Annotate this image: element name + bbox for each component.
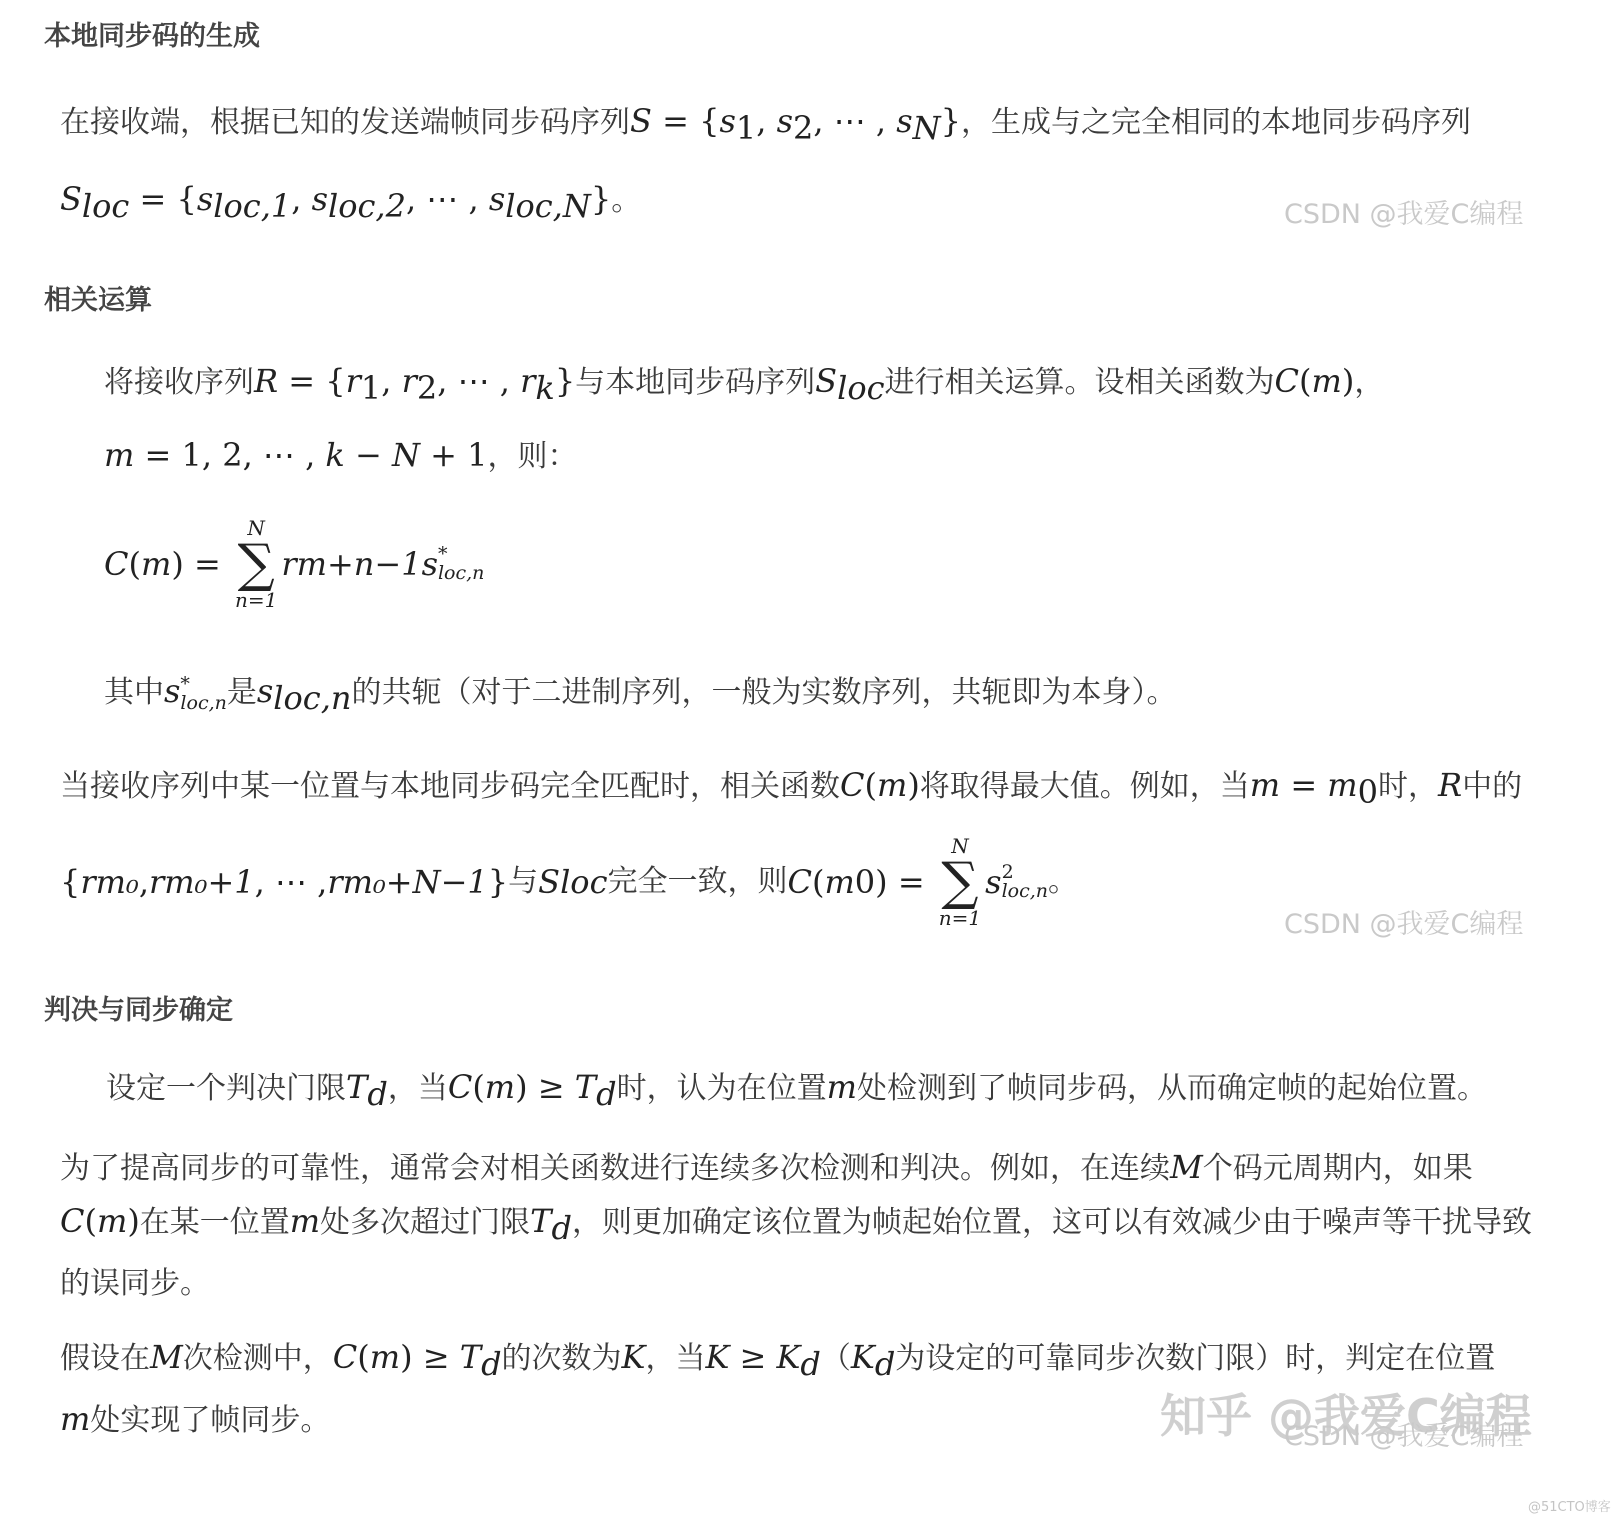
paragraph-correlation-line1: 将接收序列R = {r1, r2, ⋯ , rk}与本地同步码序列Sloc进行相… [104, 362, 1384, 407]
paragraph-threshold: 设定一个判决门限Td，当C(m) ≥ Td时，认为在位置m处检测到了帧同步码，从… [106, 1068, 1487, 1113]
paragraph-local-sync-line1: 在接收端，根据已知的发送端帧同步码序列S = {s1, s2, ⋯ , sN}，… [60, 102, 1471, 147]
text: ， [1354, 365, 1384, 400]
text: 在某一位置 [140, 1205, 290, 1240]
text: 假设在 [60, 1341, 150, 1376]
text: ，则更加确定该位置为帧起始位置，这可以有效减少由于噪声等干扰导致 [572, 1205, 1532, 1240]
text: 设定一个判决门限 [106, 1071, 346, 1106]
summation-symbol: N ∑ n=1 [939, 836, 981, 928]
paragraph-sync-decision-line1: 假设在M次检测中，C(m) ≥ Td的次数为K，当K ≥ Kd（Kd为设定的可靠… [60, 1338, 1495, 1383]
summation-symbol: N ∑ n=1 [235, 518, 277, 610]
text: 中的 [1462, 769, 1522, 804]
text: 完全一致，则 [607, 864, 787, 900]
text: 个码元周期内，如果 [1203, 1151, 1473, 1186]
text: 为了提高同步的可靠性，通常会对相关函数进行连续多次检测和判决。例如，在连续 [60, 1151, 1170, 1186]
text: 其中 [104, 675, 164, 710]
paragraph-reliability-line1: 为了提高同步的可靠性，通常会对相关函数进行连续多次检测和判决。例如，在连续M个码… [60, 1148, 1473, 1187]
paragraph-correlation-line2: m = 1, 2, ⋯ , k − N + 1，则： [104, 436, 577, 475]
text: ，则： [487, 439, 577, 474]
text: 时， [1378, 769, 1438, 804]
watermark-csdn: CSDN @我爱C编程 [1284, 902, 1523, 941]
text: 时，认为在位置 [617, 1071, 827, 1106]
text: 的共轭（对于二进制序列，一般为实数序列，共轭即为本身）。 [351, 675, 1176, 710]
text: 。 [611, 183, 641, 218]
watermark-csdn: CSDN @我爱C编程 [1284, 1414, 1523, 1453]
paragraph-max-match-line2: {rm₀, rm₀+1, ⋯ , rm₀+N−1}与Sloc完全一致，则C(m0… [60, 836, 1078, 928]
text: 的误同步。 [60, 1266, 210, 1301]
text: 将接收序列 [104, 365, 254, 400]
paragraph-max-match-line1: 当接收序列中某一位置与本地同步码完全匹配时，相关函数C(m)将取得最大值。例如，… [60, 766, 1522, 811]
paragraph-local-sync-line2: Sloc = {sloc,1, sloc,2, ⋯ , sloc,N}。 [60, 180, 641, 225]
text: 进行相关运算。设相关函数为 [885, 365, 1275, 400]
text: 是 [227, 675, 257, 710]
text: ，生成与之完全相同的本地同步码序列 [961, 105, 1471, 140]
paragraph-conjugate-note: 其中s*loc,n是sloc,n的共轭（对于二进制序列，一般为实数序列，共轭即为… [104, 672, 1176, 717]
text: ，当 [388, 1071, 448, 1106]
text: 与本地同步码序列 [575, 365, 815, 400]
text: 在接收端，根据已知的发送端帧同步码序列 [60, 105, 630, 140]
text: 为设定的可靠同步次数门限）时，判定在位置 [895, 1341, 1495, 1376]
paragraph-reliability-line3: 的误同步。 [60, 1266, 210, 1302]
text: 处检测到了帧同步码，从而确定帧的起始位置。 [857, 1071, 1487, 1106]
watermark-csdn: CSDN @我爱C编程 [1284, 192, 1523, 231]
math-inline: S [630, 102, 652, 140]
text: 处多次超过门限 [320, 1205, 530, 1240]
text: 与 [508, 864, 538, 900]
text: ，当 [645, 1341, 705, 1376]
paragraph-sync-decision-line2: m处实现了帧同步。 [60, 1400, 330, 1439]
formula-correlation: C(m) = N ∑ n=1 rm+n−1s*loc,n [104, 518, 484, 610]
text: 处实现了帧同步。 [90, 1403, 330, 1438]
watermark-51cto: @51CTO博客 [1528, 1496, 1611, 1515]
text: 将取得最大值。例如，当 [920, 769, 1250, 804]
math-inline: S [60, 180, 82, 218]
text: 当接收序列中某一位置与本地同步码完全匹配时，相关函数 [60, 769, 840, 804]
section-heading-correlation: 相关运算 [44, 278, 152, 317]
section-heading-local-sync-code: 本地同步码的生成 [44, 14, 260, 53]
paragraph-reliability-line2: C(m)在某一位置m处多次超过门限Td，则更加确定该位置为帧起始位置，这可以有效… [60, 1202, 1532, 1247]
text: 次检测中， [183, 1341, 333, 1376]
section-heading-decision-sync: 判决与同步确定 [44, 988, 233, 1027]
text: （ [821, 1341, 851, 1376]
text: 。 [1048, 864, 1078, 900]
text: 的次数为 [502, 1341, 622, 1376]
